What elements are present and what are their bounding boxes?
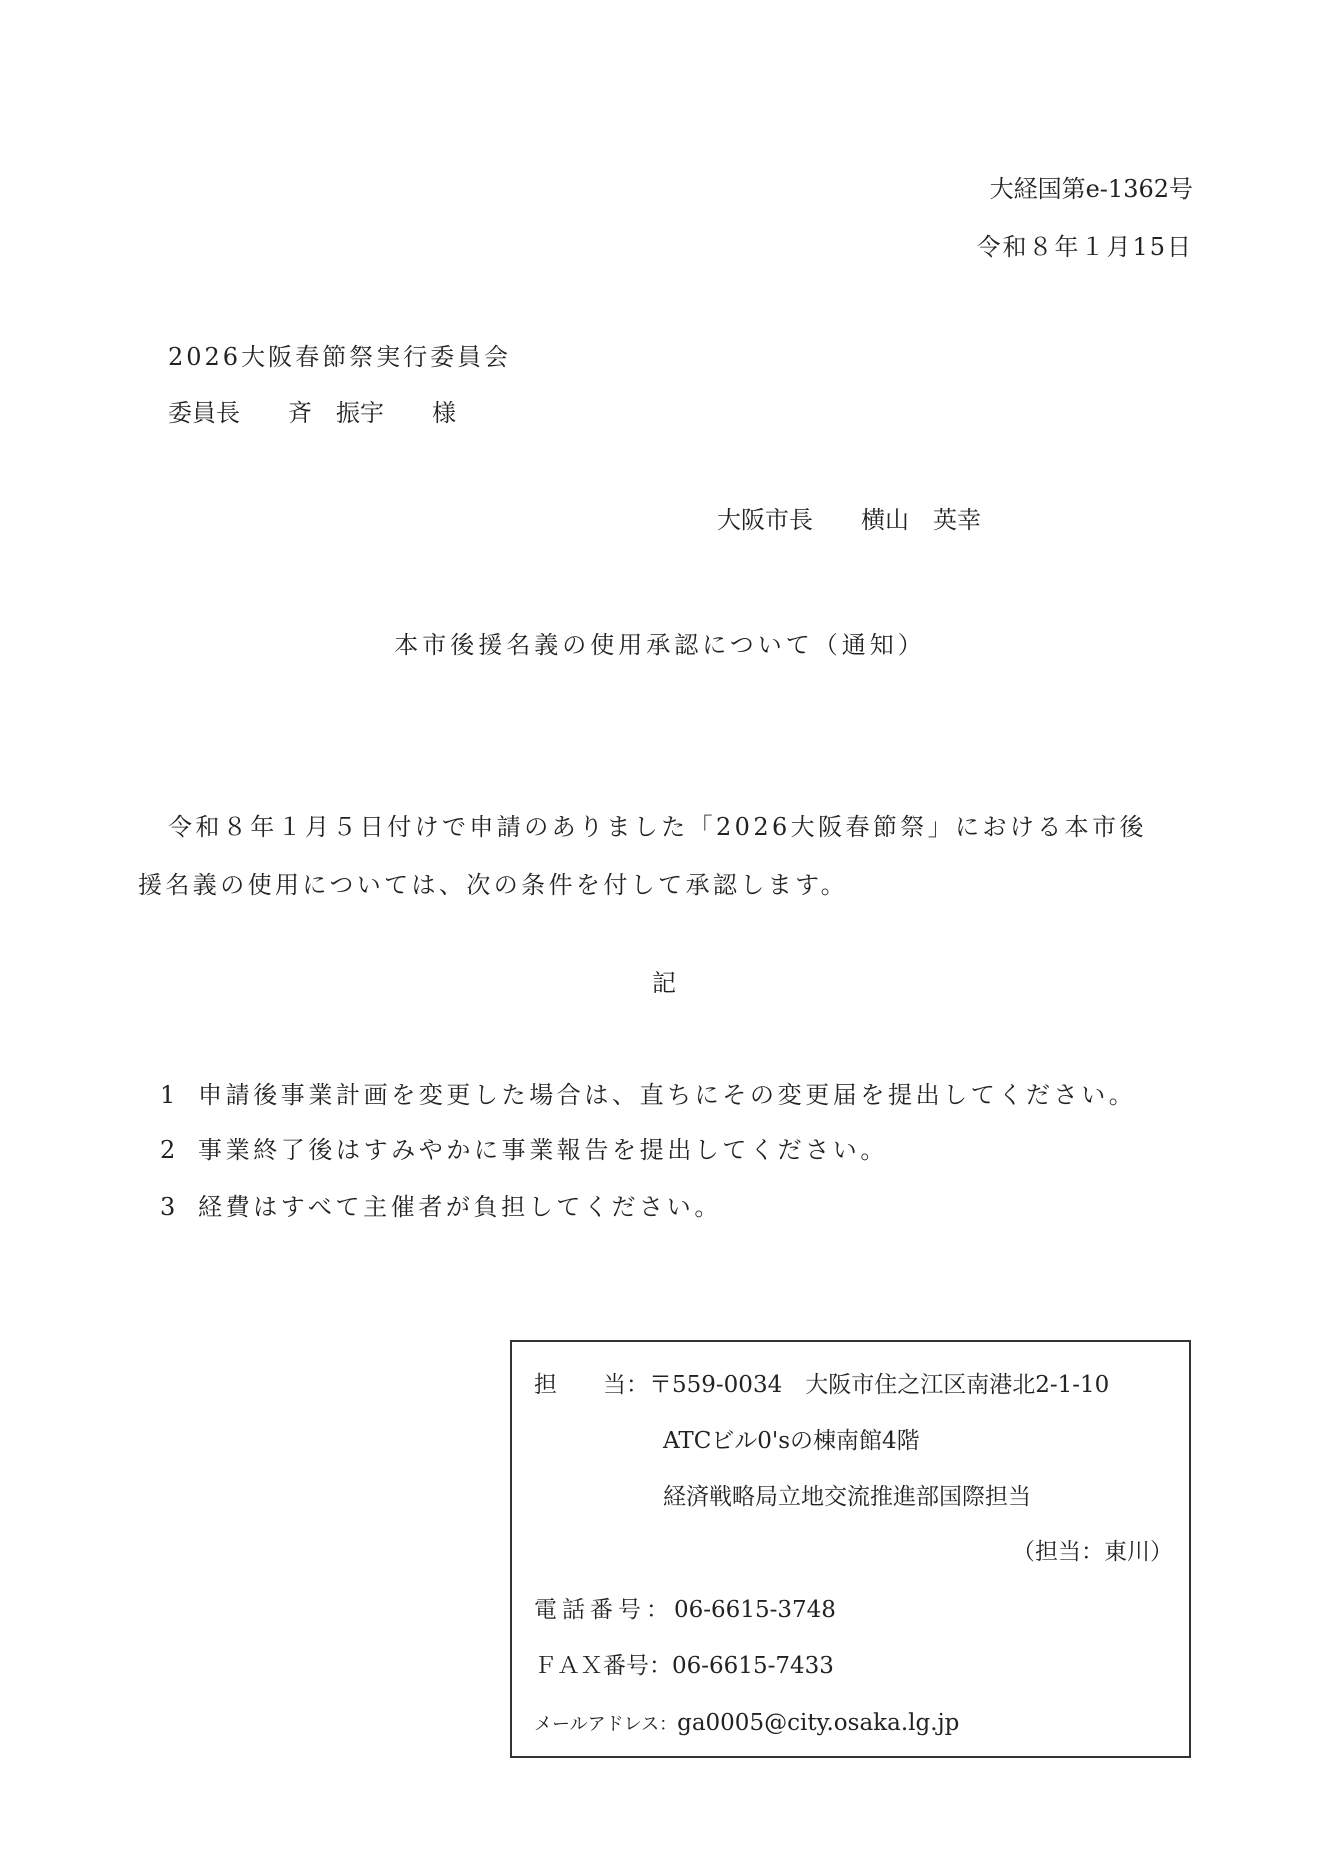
address-line-2: ATCビル0'sの棟南館4階 [663, 1430, 920, 1453]
email-label: メールアドレス： [534, 1714, 677, 1735]
email-line: メールアドレス：ga0005@city.osaka.lg.jp [534, 1712, 959, 1735]
addressee-name: 斉 振宇 [288, 399, 384, 427]
body-line-1: 令和８年１月５日付けで申請のありました「2026大阪春節祭」における本市後 [138, 798, 1198, 856]
document-body: 令和８年１月５日付けで申請のありました「2026大阪春節祭」における本市後 援名… [138, 798, 1198, 914]
document-date: 令和８年１月15日 [976, 235, 1193, 259]
condition-text: 申請後事業計画を変更した場合は、直ちにその変更届を提出してください。 [198, 1081, 1136, 1109]
condition-number: 2 [160, 1138, 198, 1162]
condition-text: 事業終了後はすみやかに事業報告を提出してください。 [198, 1136, 888, 1164]
department: 経済戦略局立地交流推進部国際担当 [663, 1486, 1031, 1509]
addressee-honorific: 様 [432, 399, 456, 427]
condition-item: 1申請後事業計画を変更した場合は、直ちにその変更届を提出してください。 [160, 1083, 1136, 1107]
email-address[interactable]: ga0005@city.osaka.lg.jp [677, 1710, 959, 1736]
fax-number: 06-6615-7433 [672, 1653, 834, 1679]
document-subject: 本市後援名義の使用承認について（通知） [0, 633, 1320, 657]
condition-number: 3 [160, 1195, 198, 1219]
address-line-1: 大阪市住之江区南港北2-1-10 [805, 1372, 1109, 1398]
fax-label: ＦＡＸ番号： [534, 1653, 672, 1679]
contact-address-line: 担 当：〒559-0034 大阪市住之江区南港北2-1-10 [534, 1374, 1109, 1397]
phone-line: 電話番号：06-6615-3748 [534, 1599, 836, 1622]
contact-person-label: 担 当： [534, 1372, 649, 1398]
postal-code: 〒559-0034 [649, 1372, 782, 1398]
staff-name: （担当：東川） [1012, 1541, 1173, 1564]
phone-label: 電話番号： [534, 1597, 674, 1623]
sender-title: 大阪市長 [717, 506, 813, 534]
phone-number: 06-6615-3748 [674, 1597, 836, 1623]
addressee-title: 委員長 [168, 399, 240, 427]
condition-number: 1 [160, 1083, 198, 1107]
condition-item: 2事業終了後はすみやかに事業報告を提出してください。 [160, 1138, 888, 1162]
body-line-2: 援名義の使用については、次の条件を付して承認します。 [138, 856, 1198, 914]
sender-name: 横山 英幸 [861, 506, 981, 534]
fax-line: ＦＡＸ番号：06-6615-7433 [534, 1655, 834, 1678]
addressee-line: 委員長 斉 振宇 様 [168, 401, 456, 425]
contact-box: 担 当：〒559-0034 大阪市住之江区南港北2-1-10 ATCビル0'sの… [510, 1340, 1191, 1758]
document-number: 大経国第e-1362号 [990, 177, 1193, 201]
condition-text: 経費はすべて主催者が負担してください。 [198, 1193, 722, 1221]
addressee-organization: 2026大阪春節祭実行委員会 [168, 345, 511, 369]
sender-line: 大阪市長 横山 英幸 [717, 508, 981, 532]
condition-item: 3経費はすべて主催者が負担してください。 [160, 1195, 722, 1219]
ki-heading: 記 [652, 971, 676, 995]
